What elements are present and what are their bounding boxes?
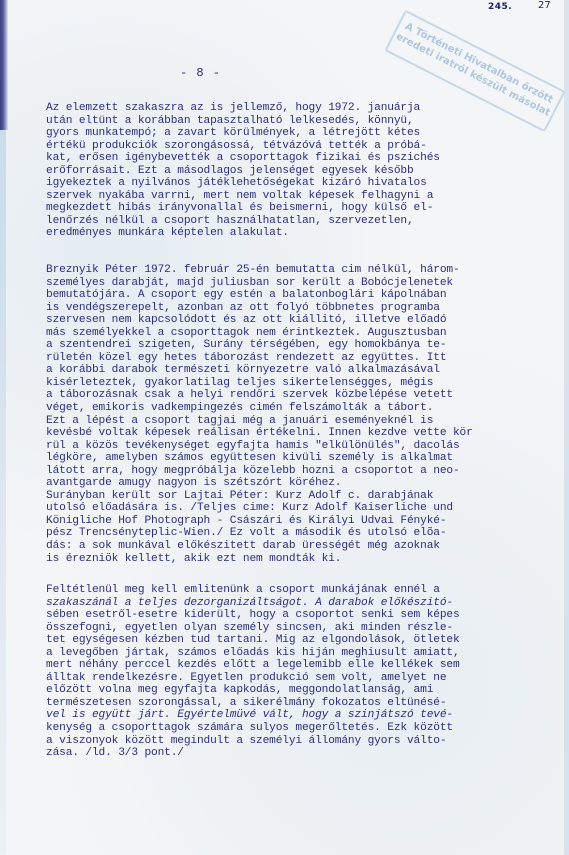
scan-edge-right	[564, 0, 569, 855]
text-line: avantgarde amugy nagyon is szétszórt kör…	[46, 477, 473, 490]
text-line: a szentendrei szigeten, Surány térségébe…	[46, 339, 473, 352]
text-line: erőforrásait. Ezt a másodlagos jelensége…	[46, 165, 440, 178]
text-line: természetesen szorongással, a sikerélmán…	[46, 697, 460, 710]
text-line: után eltünt a korábban tapasztalható lel…	[46, 115, 440, 128]
text-line: dás: a sok munkával előkészitett darab ü…	[46, 540, 473, 553]
text-line: is érezniök kellett, akik ezt nem mondtá…	[46, 553, 473, 566]
text-line: kisérleteztek, gyakorlatilag teljes sike…	[46, 377, 473, 390]
text-line: értékü produkciók szorongásossá, tétvázó…	[46, 140, 440, 153]
text-line: utolsó előadására is. /Teljes cime: Kurz…	[46, 502, 473, 515]
text-line: kevésbé voltak képesek reálisan értékeln…	[46, 427, 473, 440]
text-line: is vendégszerepelt, azonban az ott folyó…	[46, 302, 473, 315]
text-line: szakaszánál a teljes dezorganizáltságot.…	[46, 597, 460, 610]
text-line: más személyekkel a csoporttagok nem érin…	[46, 327, 473, 340]
text-line: Surányban került sor Lajtai Péter: Kurz …	[46, 490, 473, 503]
paragraph-1: Az elemzett szakaszra az is jellemző, ho…	[46, 102, 440, 240]
text-line: kenység a csoporttagok számára sulyos me…	[46, 722, 460, 735]
text-line: látott arra, hogy megpróbálja közelebb h…	[46, 465, 473, 478]
text-line: bemutatójára. A csoport egy estén a bala…	[46, 289, 473, 302]
text-line: Az elemzett szakaszra az is jellemző, ho…	[46, 102, 440, 115]
text-line: mert néhány perccel kezdés előtt a legel…	[46, 659, 460, 672]
text-line: a korábbi darabok természeti környezetre…	[46, 364, 473, 377]
text-line: Breznyik Péter 1972. február 25-én bemut…	[46, 264, 473, 277]
text-line: légköre, amelyben számos együttesen kivü…	[46, 452, 473, 465]
text-line: gyors munkatempó; a zavart körülmények, …	[46, 127, 440, 140]
text-line: Feltétlenül meg kell emlitenünk a csopor…	[46, 584, 460, 597]
text-line: a viszonyok között megindult a személyi …	[46, 735, 460, 748]
text-line: előzött volna meg egyfajta kapkodás, meg…	[46, 684, 460, 697]
text-line: álltak rendelkezésre. Egyetlen produkció…	[46, 672, 460, 685]
page-number: - 8 -	[180, 66, 221, 80]
text-line: eredményes munkára képtelen alakulat.	[46, 227, 440, 240]
text-line: a levegőben jártak, számos előadás kis h…	[46, 647, 460, 660]
text-line: a táborozásnak csak a helyi rendőri szer…	[46, 389, 473, 402]
text-line: zása. /ld. 3/3 pont./	[46, 747, 460, 760]
scan-edge-fade	[0, 130, 6, 855]
text-line: rületén közel egy hetes táborozást rende…	[46, 352, 473, 365]
text-line: tet egységesen kézben tud tartani. Mig a…	[46, 634, 460, 647]
scan-edge-shadow	[0, 0, 8, 130]
paragraph-3: Feltétlenül meg kell emlitenünk a csopor…	[46, 584, 460, 760]
text-line: lenőrzés nélkül a csoport használhatatla…	[46, 215, 440, 228]
text-line: összefogni, egyetlen olyan személy sincs…	[46, 622, 460, 635]
text-line: Königliche Hof Photograph - Császári és …	[46, 515, 473, 528]
archive-number: 245.	[488, 2, 512, 12]
archive-mark: 27	[538, 0, 551, 11]
text-line: véget, emikoris vadkempingezés cimén fel…	[46, 402, 473, 415]
text-line: személyes darabját, majd juliusban sor k…	[46, 277, 473, 290]
text-line: Ezt a lépést a csoport tagjai még a janu…	[46, 415, 473, 428]
stamp-line: A Történeti Hivatalban őrzött	[397, 18, 560, 109]
text-line: megkezdett hibás irányvonallal és beisme…	[46, 202, 440, 215]
paragraph-2: Breznyik Péter 1972. február 25-én bemut…	[46, 264, 473, 565]
text-line: igyekeztek a nyilvános játéklehetőségeka…	[46, 177, 440, 190]
document-page: 245. 27 A Történeti Hivatalban őrzött er…	[0, 0, 569, 855]
text-line: kat, erősen igénybevették a csoporttagok…	[46, 152, 440, 165]
text-line: szervesen nem kapcsolódott és az ott kiá…	[46, 314, 473, 327]
text-line: pész Trencsényteplic-Wien./ Ez volt a má…	[46, 527, 473, 540]
text-line: rül a közös tevékenységet egyfajta hamis…	[46, 440, 473, 453]
text-line: vel is együtt járt. Egyértelmüvé vált, h…	[46, 709, 460, 722]
text-line: szervek nyakába varrni, mert nem voltak …	[46, 190, 440, 203]
text-line: sében esetről-esetre kiderült, hogy a cs…	[46, 609, 460, 622]
